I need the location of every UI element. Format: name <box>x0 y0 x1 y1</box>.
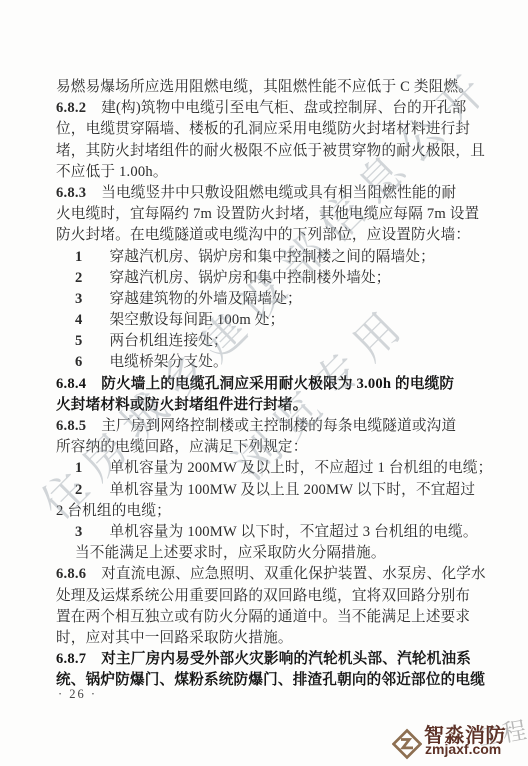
clause-line: 1单机容量为 200MW 及以上时，不应超过 1 台机组的电缆； <box>56 458 471 479</box>
line-text: 火电缆时，宜每隔约 7m 设置防火封堵，其他电缆应每隔 7m 设置 <box>56 206 479 222</box>
line-text: 堵，其防火封堵组件的耐火极限不应低于被贯穿物的耐火极限，且 <box>56 143 485 159</box>
line-text: 2 台机组的电缆； <box>56 503 171 519</box>
text-line: 位，电缆贯穿隔墙、楼板的孔洞应采用电缆防火封堵材料进行封 <box>56 119 471 140</box>
item-number: 2 <box>75 270 83 286</box>
line-text: 统、锅炉防爆门、煤粉系统防爆门、排渣孔朝向的邻近部位的电缆 <box>56 672 485 688</box>
item-number: 1 <box>75 249 83 265</box>
clause-line: 6.8.7对主厂房内易受外部火灾影响的汽轮机头部、汽轮机油系 <box>56 649 471 670</box>
item-number: 3 <box>75 291 83 307</box>
text-line: 不应低于 1.00h。 <box>56 162 471 183</box>
clause-line: 2单机容量为 100MW 及以上且 200MW 以下时，不宜超过 <box>56 480 471 501</box>
clause-line: 3单机容量为 100MW 以下时，不宜超过 3 台机组的电缆。 <box>56 522 471 543</box>
text-line: 堵，其防火封堵组件的耐火极限不应低于被贯穿物的耐火极限，且 <box>56 141 471 162</box>
line-text: 电缆桥架分支处。 <box>110 354 228 370</box>
text-line: 防火封堵。在电缆隧道或电缆沟中的下列部位，应设置防火墙： <box>56 225 471 246</box>
line-text: 时，应对其中一回路采取防火措施。 <box>56 630 293 646</box>
text-line: 2 台机组的电缆； <box>56 501 471 522</box>
clause-line: 3穿越建筑物的外墙及隔墙处； <box>56 289 471 310</box>
line-text: 当电缆竖井中只敷设阻燃电缆或具有相当阻燃性能的耐 <box>101 185 456 201</box>
text-line: 火电缆时，宜每隔约 7m 设置防火封堵，其他电缆应每隔 7m 设置 <box>56 204 471 225</box>
line-text: 架空敷设每间距 100m 处； <box>110 312 285 328</box>
clause-number: 6.8.5 <box>56 418 86 434</box>
line-text: 易燃易爆场所应选用阻燃电缆，其阻燃性能不应低于 C 类阻燃。 <box>56 79 473 95</box>
clause-line: 4架空敷设每间距 100m 处； <box>56 310 471 331</box>
clause-line: 1穿越汽机房、锅炉房和集中控制楼之间的隔墙处； <box>56 247 471 268</box>
clause-line: 6.8.3当电缆竖井中只敷设阻燃电缆或具有相当阻燃性能的耐 <box>56 183 471 204</box>
line-text: 火封堵材料或防火封堵组件进行封堵。 <box>56 397 308 413</box>
line-text: 单机容量为 100MW 以下时，不宜超过 3 台机组的电缆。 <box>110 524 478 540</box>
line-text: 对直流电源、应急照明、双重化保护装置、水泵房、化学水 <box>101 566 486 582</box>
clause-number: 6.8.3 <box>56 185 86 201</box>
item-number: 4 <box>75 312 83 328</box>
item-number: 6 <box>75 354 83 370</box>
clause-line: 6电缆桥架分支处。 <box>56 352 471 373</box>
clause-line: 5两台机组连接处； <box>56 331 471 352</box>
clause-line: 6.8.2建(构)筑物中电缆引至电气柜、盘或控制屏、台的开孔部 <box>56 98 471 119</box>
clause-line: 6.8.6对直流电源、应急照明、双重化保护装置、水泵房、化学水 <box>56 564 471 585</box>
item-number: 1 <box>75 460 83 476</box>
clause-number: 6.8.6 <box>56 566 86 582</box>
clause-line: 6.8.5主厂房到网络控制楼或主控制楼的每条电缆隧道或沟道 <box>56 416 471 437</box>
clause-line: 6.8.4防火墙上的电缆孔洞应采用耐火极限为 3.00h 的电缆防 <box>56 374 471 395</box>
line-text: 置在两个相互独立或有防火分隔的通道中。当不能满足上述要求 <box>56 609 470 625</box>
scanned-standard-page: 易燃易爆场所应选用阻燃电缆，其阻燃性能不应低于 C 类阻燃。6.8.2建(构)筑… <box>0 0 528 766</box>
item-number: 2 <box>75 482 83 498</box>
line-text: 位，电缆贯穿隔墙、楼板的孔洞应采用电缆防火封堵材料进行封 <box>56 121 470 137</box>
diamond-z-logo-icon <box>392 728 422 760</box>
line-text: 单机容量为 200MW 及以上时，不应超过 1 台机组的电缆； <box>110 460 493 476</box>
line-text: 不应低于 1.00h。 <box>56 164 168 180</box>
text-line: 时，应对其中一回路采取防火措施。 <box>56 628 471 649</box>
line-text: 防火墙上的电缆孔洞应采用耐火极限为 3.00h 的电缆防 <box>101 376 454 392</box>
page-number: · 26 · <box>58 687 97 702</box>
clause-number: 6.8.7 <box>56 651 86 667</box>
line-text: 处理及运煤系统公用重要回路的双回路电缆，宜将双回路分别布 <box>56 588 470 604</box>
line-text: 穿越汽机房、锅炉房和集中控制楼之间的隔墙处； <box>110 249 435 265</box>
line-text: 当不能满足上述要求时，应采取防火分隔措施。 <box>75 545 386 561</box>
line-text: 所容纳的电缆回路，应满足下列规定： <box>56 439 308 455</box>
text-line: 火封堵材料或防火封堵组件进行封堵。 <box>56 395 471 416</box>
line-text: 穿越汽机房、锅炉房和集中控制楼外墙处； <box>110 270 391 286</box>
line-text: 主厂房到网络控制楼或主控制楼的每条电缆隧道或沟道 <box>101 418 456 434</box>
brand-url: zmjaxf.com <box>425 741 501 757</box>
text-line: 所容纳的电缆回路，应满足下列规定： <box>56 437 471 458</box>
clause-line: 2穿越汽机房、锅炉房和集中控制楼外墙处； <box>56 268 471 289</box>
document-body: 易燃易爆场所应选用阻燃电缆，其阻燃性能不应低于 C 类阻燃。6.8.2建(构)筑… <box>56 77 471 691</box>
line-text: 穿越建筑物的外墙及隔墙处； <box>110 291 302 307</box>
line-text: 单机容量为 100MW 及以上且 200MW 以下时，不宜超过 <box>110 482 476 498</box>
text-line: 处理及运煤系统公用重要回路的双回路电缆，宜将双回路分别布 <box>56 586 471 607</box>
text-line: 统、锅炉防爆门、煤粉系统防爆门、排渣孔朝向的邻近部位的电缆 <box>56 670 471 691</box>
text-line: 易燃易爆场所应选用阻燃电缆，其阻燃性能不应低于 C 类阻燃。 <box>56 77 471 98</box>
line-text: 建(构)筑物中电缆引至电气柜、盘或控制屏、台的开孔部 <box>101 100 466 116</box>
line-text: 防火封堵。在电缆隧道或电缆沟中的下列部位，应设置防火墙： <box>56 227 470 243</box>
line-text: 两台机组连接处； <box>110 333 228 349</box>
item-number: 5 <box>75 333 83 349</box>
clause-number: 6.8.2 <box>56 100 86 116</box>
text-line: 当不能满足上述要求时，应采取防火分隔措施。 <box>56 543 471 564</box>
clause-number: 6.8.4 <box>56 376 86 392</box>
text-line: 置在两个相互独立或有防火分隔的通道中。当不能满足上述要求 <box>56 607 471 628</box>
line-text: 对主厂房内易受外部火灾影响的汽轮机头部、汽轮机油系 <box>101 651 471 667</box>
item-number: 3 <box>75 524 83 540</box>
